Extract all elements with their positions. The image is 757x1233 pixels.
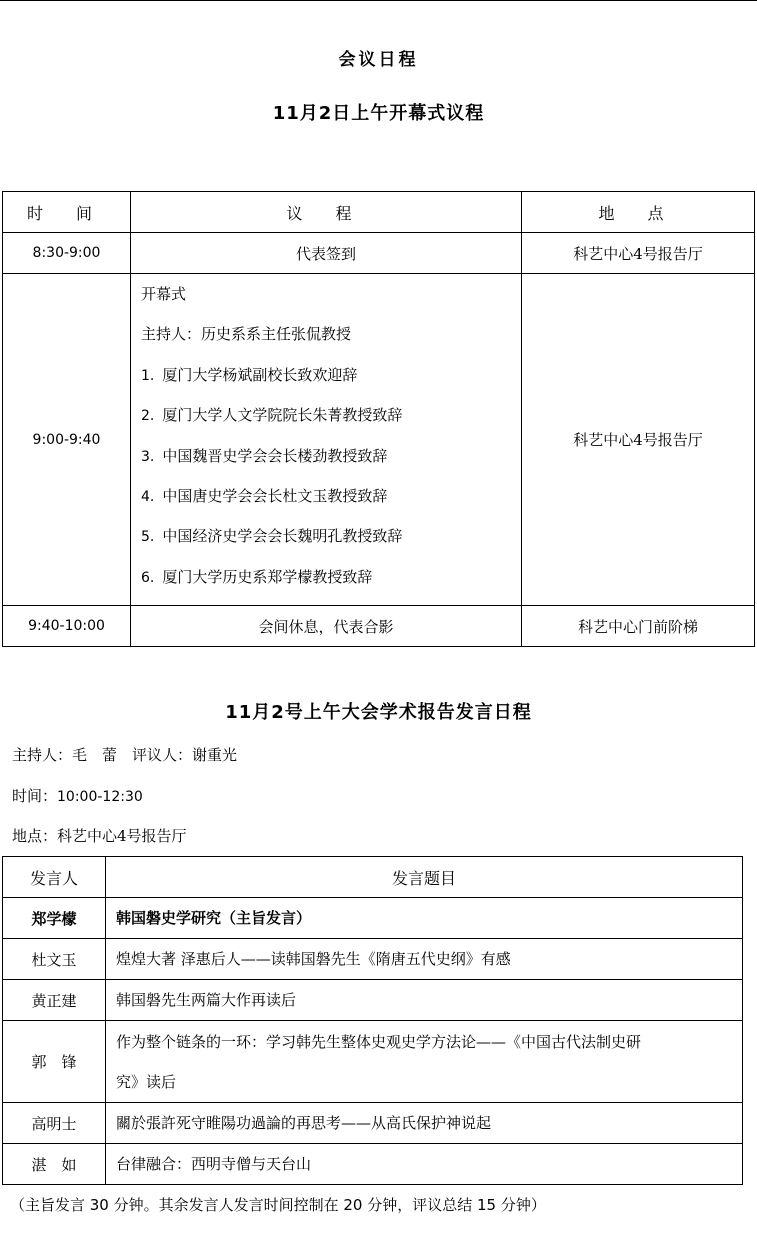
column-header-time: 时 间 bbox=[3, 192, 131, 233]
topic-line: 究》读后 bbox=[116, 1062, 742, 1102]
item-number: 3. bbox=[141, 449, 154, 465]
table-row: 郑学檬 韩国磐史学研究（主旨发言） bbox=[3, 898, 743, 939]
table-row: 9:00-9:40 开幕式 主持人：历史系系主任张侃教授 1.厦门大学杨斌副校长… bbox=[3, 274, 755, 606]
item-number: 5. bbox=[141, 529, 154, 545]
program-line: 5.中国经济史学会会长魏明孔教授致辞 bbox=[141, 524, 521, 564]
program-line: 6.厦门大学历史系郑学檬教授致辞 bbox=[141, 565, 521, 605]
topic-cell: 煌煌大著 泽惠后人——读韩国磐先生《隋唐五代史纲》有感 bbox=[106, 939, 743, 980]
item-number: 4. bbox=[141, 489, 154, 505]
program-cell: 会间休息，代表合影 bbox=[131, 606, 522, 647]
talks-table: 发言人 发言题目 郑学檬 韩国磐史学研究（主旨发言） 杜文玉 煌煌大著 泽惠后人… bbox=[2, 856, 743, 1185]
topic-cell: 韩国磐史学研究（主旨发言） bbox=[106, 898, 743, 939]
program-line: 开幕式 bbox=[141, 282, 521, 322]
program-cell: 代表签到 bbox=[131, 233, 522, 274]
column-header-topic: 发言题目 bbox=[106, 857, 743, 898]
location-cell: 科艺中心4号报告厅 bbox=[522, 274, 755, 606]
table-header-row: 发言人 发言题目 bbox=[3, 857, 743, 898]
topic-cell: 關於張許死守睢陽功過論的再思考——从高氏保护神说起 bbox=[106, 1103, 743, 1144]
speaker-cell: 湛 如 bbox=[3, 1144, 106, 1185]
host-line: 主持人：毛 蕾 评议人：谢重光 bbox=[12, 744, 237, 765]
program-line: 主持人：历史系系主任张侃教授 bbox=[141, 322, 521, 362]
location-cell: 科艺中心4号报告厅 bbox=[522, 233, 755, 274]
item-number: 6. bbox=[141, 570, 154, 586]
opening-section-title: 11月2日上午开幕式议程 bbox=[0, 99, 757, 125]
footnote: （主旨发言 30 分钟。其余发言人发言时间控制在 20 分钟，评议总结 15 分… bbox=[10, 1194, 546, 1215]
program-line-text: 厦门大学历史系郑学檬教授致辞 bbox=[162, 568, 372, 586]
time-cell: 9:00-9:40 bbox=[3, 274, 131, 606]
column-header-speaker: 发言人 bbox=[3, 857, 106, 898]
time-value: 10:00-12:30 bbox=[57, 789, 143, 805]
time-cell: 8:30-9:00 bbox=[3, 233, 131, 274]
talks-section-title: 11月2号上午大会学术报告发言日程 bbox=[0, 698, 757, 724]
table-row: 杜文玉 煌煌大著 泽惠后人——读韩国磐先生《隋唐五代史纲》有感 bbox=[3, 939, 743, 980]
table-row: 高明士 關於張許死守睢陽功過論的再思考——从高氏保护神说起 bbox=[3, 1103, 743, 1144]
time-label: 时间： bbox=[12, 787, 57, 805]
page-title: 会议日程 bbox=[0, 45, 757, 70]
program-line: 1.厦门大学杨斌副校长致欢迎辞 bbox=[141, 363, 521, 403]
time-line: 时间：10:00-12:30 bbox=[12, 785, 143, 806]
table-row: 湛 如 台律融合：西明寺僧与天台山 bbox=[3, 1144, 743, 1185]
program-line-text: 中国唐史学会会长杜文玉教授致辞 bbox=[162, 487, 387, 505]
speaker-cell: 杜文玉 bbox=[3, 939, 106, 980]
program-line-text: 中国经济史学会会长魏明孔教授致辞 bbox=[162, 527, 402, 545]
item-number: 2. bbox=[141, 408, 154, 424]
program-line: 3.中国魏晋史学会会长楼劲教授致辞 bbox=[141, 444, 521, 484]
program-line-text: 厦门大学人文学院院长朱菁教授致辞 bbox=[162, 406, 402, 424]
program-cell: 开幕式 主持人：历史系系主任张侃教授 1.厦门大学杨斌副校长致欢迎辞 2.厦门大… bbox=[131, 274, 522, 606]
program-line-text: 厦门大学杨斌副校长致欢迎辞 bbox=[162, 366, 357, 384]
speaker-cell: 郑学檬 bbox=[3, 898, 106, 939]
location-cell: 科艺中心门前阶梯 bbox=[522, 606, 755, 647]
program-line-text: 中国魏晋史学会会长楼劲教授致辞 bbox=[162, 447, 387, 465]
table-row: 郭 锋 作为整个链条的一环：学习韩先生整体史观史学方法论——《中国古代法制史研 … bbox=[3, 1021, 743, 1103]
table-row: 黄正建 韩国磐先生两篇大作再读后 bbox=[3, 980, 743, 1021]
program-line: 4.中国唐史学会会长杜文玉教授致辞 bbox=[141, 484, 521, 524]
opening-agenda-table: 时 间 议 程 地 点 8:30-9:00 代表签到 科艺中心4号报告厅 9:0… bbox=[2, 191, 755, 647]
top-rule bbox=[0, 0, 757, 1]
speaker-cell: 郭 锋 bbox=[3, 1021, 106, 1103]
column-header-location: 地 点 bbox=[522, 192, 755, 233]
table-row: 8:30-9:00 代表签到 科艺中心4号报告厅 bbox=[3, 233, 755, 274]
program-line-text: 主持人：历史系系主任张侃教授 bbox=[141, 325, 351, 343]
speaker-cell: 高明士 bbox=[3, 1103, 106, 1144]
topic-cell: 台律融合：西明寺僧与天台山 bbox=[106, 1144, 743, 1185]
table-row: 9:40-10:00 会间休息，代表合影 科艺中心门前阶梯 bbox=[3, 606, 755, 647]
speaker-cell: 黄正建 bbox=[3, 980, 106, 1021]
location-line: 地点：科艺中心4号报告厅 bbox=[12, 825, 187, 846]
topic-cell: 韩国磐先生两篇大作再读后 bbox=[106, 980, 743, 1021]
program-line-text: 开幕式 bbox=[141, 285, 186, 303]
time-cell: 9:40-10:00 bbox=[3, 606, 131, 647]
table-header-row: 时 间 议 程 地 点 bbox=[3, 192, 755, 233]
column-header-program: 议 程 bbox=[131, 192, 522, 233]
item-number: 1. bbox=[141, 368, 154, 384]
program-line: 2.厦门大学人文学院院长朱菁教授致辞 bbox=[141, 403, 521, 443]
topic-cell: 作为整个链条的一环：学习韩先生整体史观史学方法论——《中国古代法制史研 究》读后 bbox=[106, 1021, 743, 1103]
topic-line: 作为整个链条的一环：学习韩先生整体史观史学方法论——《中国古代法制史研 bbox=[116, 1022, 742, 1062]
